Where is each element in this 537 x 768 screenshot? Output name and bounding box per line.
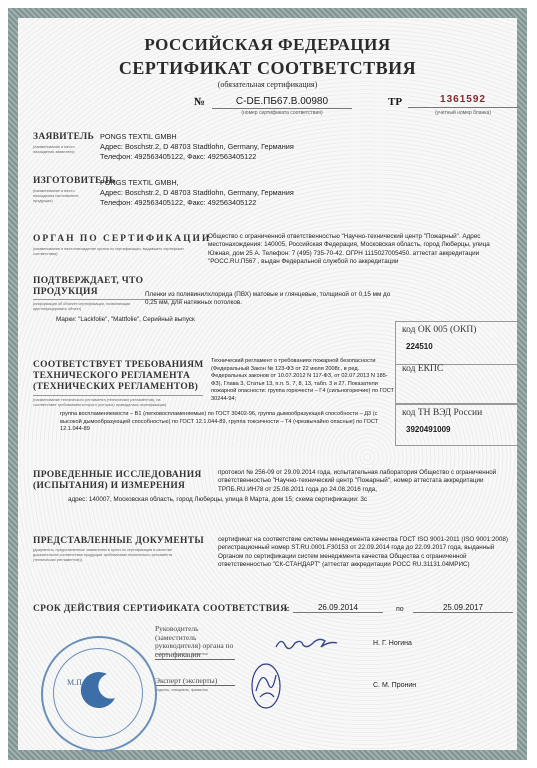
expert-name: С. М. Пронин [373,682,416,690]
svg-text:+: + [107,688,112,698]
manufacturer-details: PONGS TEXTIL GMBH, Адрес: Boschstr.2, D … [100,178,500,207]
certificate-border: РОССИЙСКАЯ ФЕДЕРАЦИЯ СЕРТИФИКАТ СООТВЕТС… [8,8,527,760]
compliance-divider [33,395,203,396]
certificate-title: СЕРТИФИКАТ СООТВЕТСТВИЯ [18,58,517,79]
documents-title: ПРЕДСТАВЛЕННЫЕ ДОКУМЕНТЫ [33,536,204,547]
validity-from-label: с [286,606,290,614]
documents-text: сертификат на соответствие системы менед… [218,536,508,570]
tests-text: протокол № 256-09 от 29.09.2014 года, ис… [218,469,518,494]
tr-label: ТР [388,96,402,108]
country-title: РОССИЙСКАЯ ФЕДЕРАЦИЯ [18,35,517,55]
expert-caption: подпись, инициалы, фамилия [155,688,208,693]
head-signature-icon [273,633,343,655]
validity-to-date: 25.09.2017 [413,603,513,613]
number-label: № [194,96,205,108]
validity-from-date: 26.09.2014 [293,603,383,613]
product-marks: Марки: "Lackfolie", "Mattfolie", Серийны… [56,316,356,324]
tests-address: адрес: 140007, Московская область, город… [68,496,518,504]
code-tnved-box: код ТН ВЭД России 3920491009 [395,404,518,446]
head-name: Н. Г. Ногина [373,640,412,648]
expert-signature-icon [246,661,286,711]
cert-body-text: Общество с ограниченной ответственностью… [208,233,513,267]
certificate-number: C-DE.ПБ67.В.00980 [212,96,352,109]
certificate-paper: РОССИЙСКАЯ ФЕДЕРАЦИЯ СЕРТИФИКАТ СООТВЕТС… [18,18,517,750]
compliance-caption: (наименование технического регламента (т… [33,398,183,408]
compliance-text: Технический регламент о требованиях пожа… [211,358,396,404]
code-ekps-box: код ЕКПС [395,363,518,404]
seal-mp-label: М.П. [67,678,84,687]
applicant-caption: (наименование и место нахождения заявите… [33,145,95,155]
expert-label: Эксперт (эксперты) [155,676,235,686]
head-caption: подпись, инициалы, фамилия [155,652,208,657]
documents-caption: (документы, представленные заявителем в … [33,548,193,563]
cert-body-caption: (наименование и местонахождение органа п… [33,247,203,257]
certificate-number-caption: (номер сертификата соответствия) [212,110,352,116]
compliance-text-continued: группа воспламеняемости – В1 (легковоспл… [60,411,395,434]
seal-emblem-icon: + [77,668,121,712]
applicant-details: PONGS TEXTIL GMBH Адрес: Boschstr.2, D 4… [100,132,500,161]
applicant-title: ЗАЯВИТЕЛЬ [33,132,94,143]
product-description: Пленки из поливинилхлорида (ПВХ) матовые… [145,291,395,308]
product-caption: (информация об объекте сертификации, поз… [33,302,143,312]
validity-title: СРОК ДЕЙСТВИЯ СЕРТИФИКАТА СООТВЕТСТВИЯ [33,604,287,615]
code-okp-box: код ОК 005 (ОКП) 224510 [395,321,518,365]
compliance-title: СООТВЕТСТВУЕТ ТРЕБОВАНИЯМ ТЕХНИЧЕСКОГО Р… [33,360,208,393]
manufacturer-caption: (наименование и место нахождения изготов… [33,189,95,204]
tr-number-caption: (учетный номер бланка) [408,110,518,116]
tests-title: ПРОВЕДЕННЫЕ ИССЛЕДОВАНИЯ (ИСПЫТАНИЯ) И И… [33,470,213,492]
official-seal: + М.П. [41,636,157,752]
validity-to-label: по [396,606,404,614]
product-title: ПОДТВЕРЖДАЕТ, ЧТО ПРОДУКЦИЯ [33,276,163,298]
tr-number: 1361592 [408,94,518,108]
cert-body-title: ОРГАН ПО СЕРТИФИКАЦИИ [33,234,211,245]
certificate-subtitle: (обязательная сертификация) [18,80,517,89]
